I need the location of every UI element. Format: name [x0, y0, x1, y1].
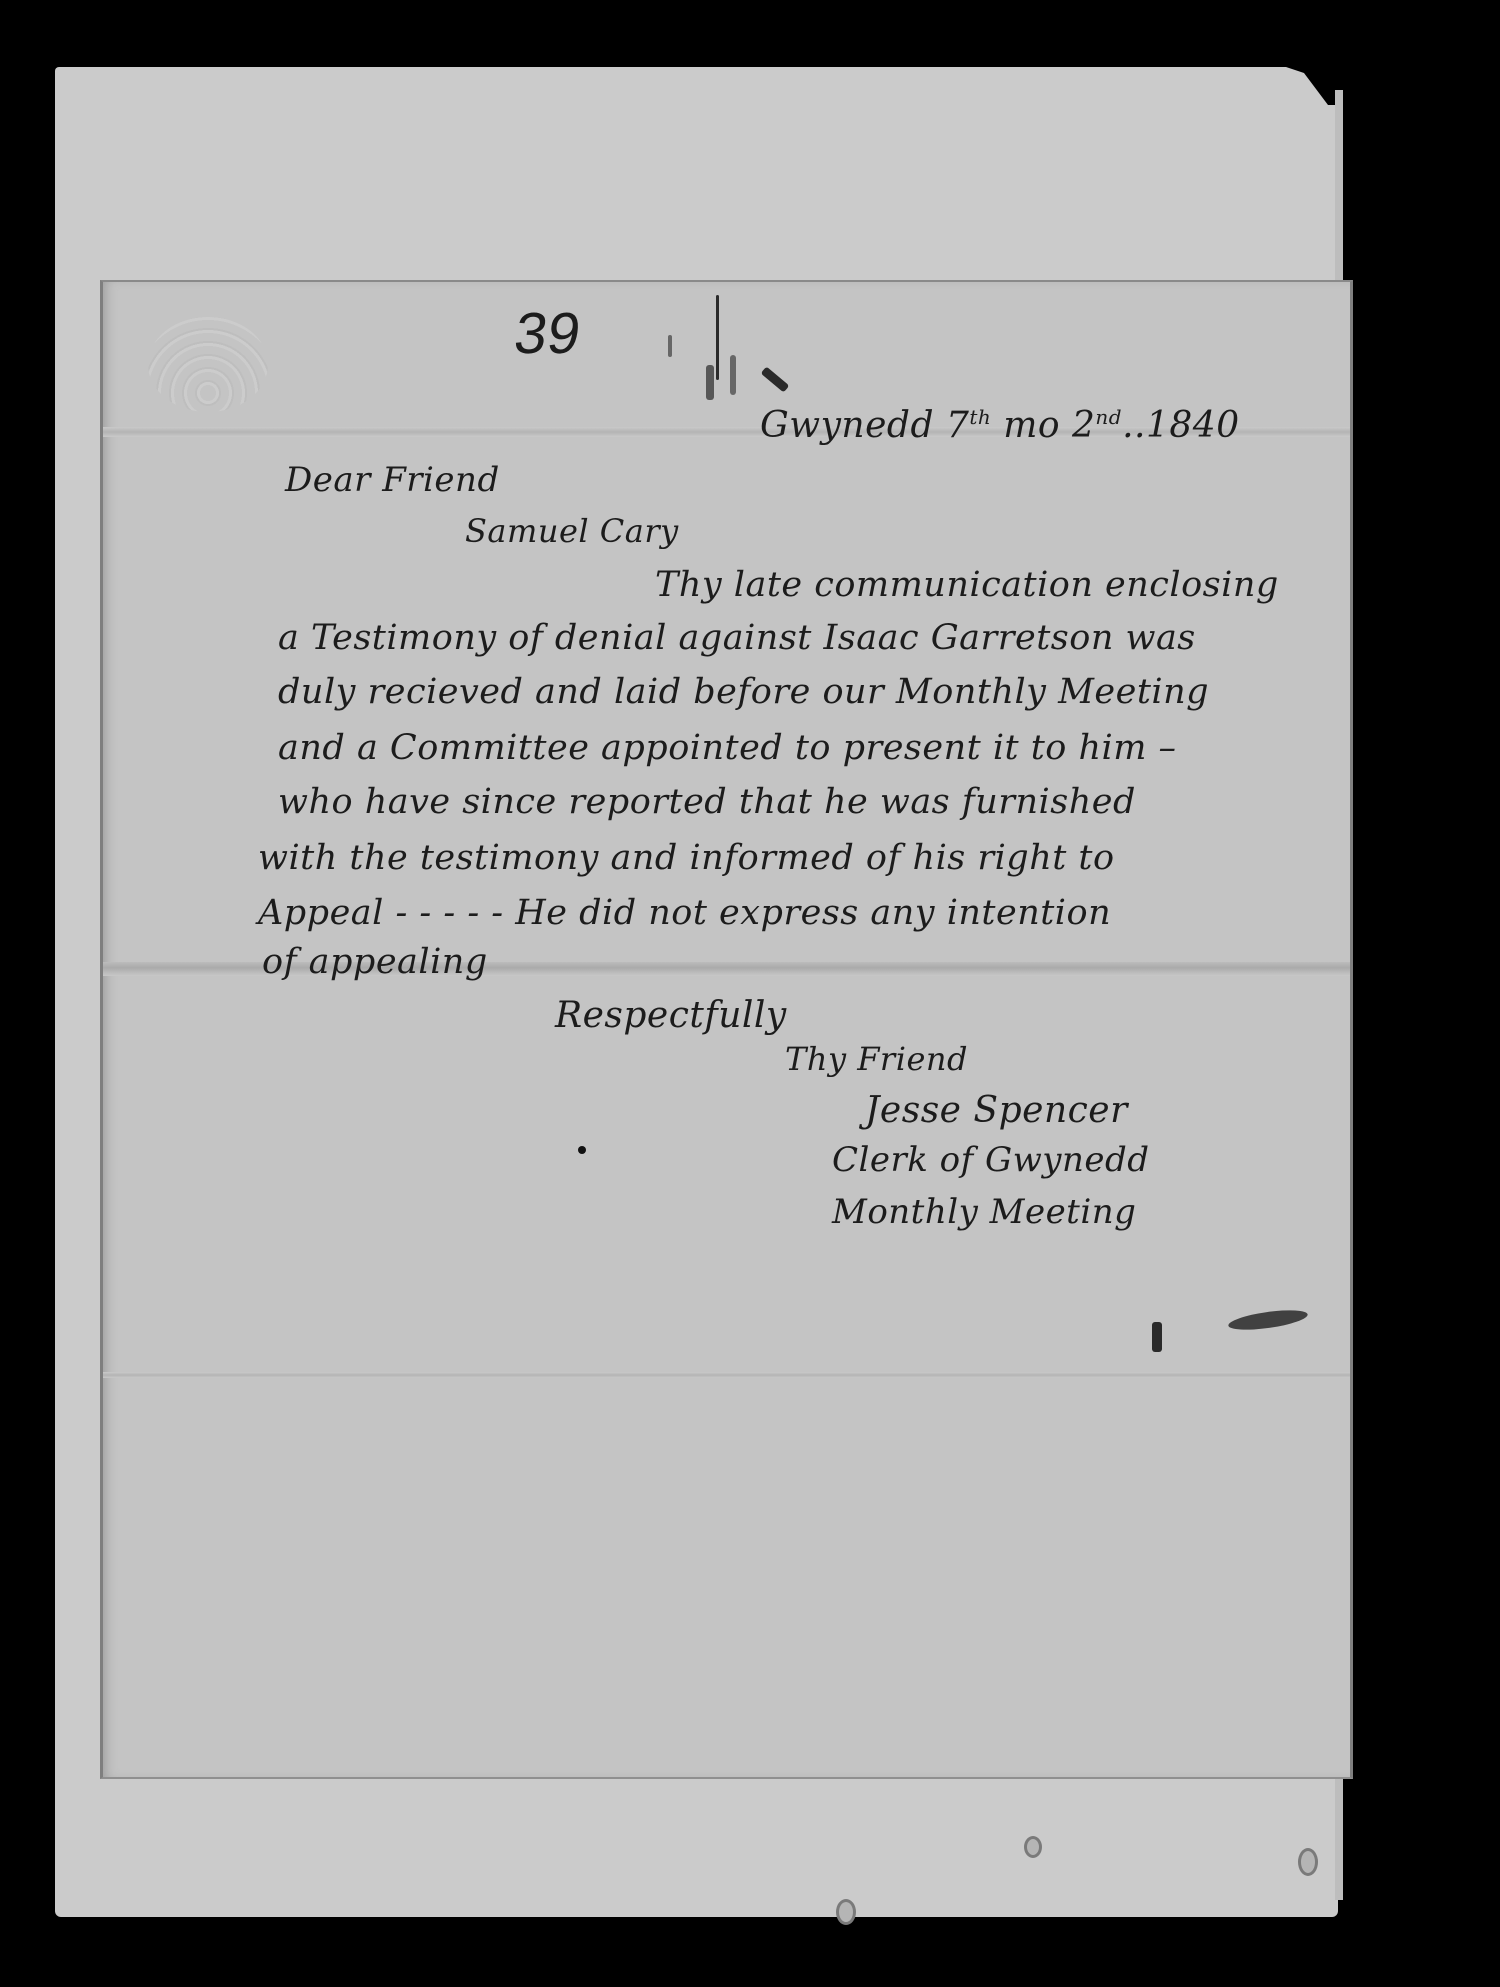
ink-smudge — [730, 355, 736, 395]
closing: Respectfully — [555, 995, 787, 1036]
ink-smudge — [668, 335, 672, 357]
date-line: Gwynedd 7th mo 2nd..1840 — [760, 405, 1240, 446]
fold-line — [103, 1372, 1350, 1378]
ink-dot — [578, 1146, 586, 1154]
signature-title: Monthly Meeting — [832, 1192, 1136, 1232]
date-day-suffix: nd — [1095, 405, 1122, 429]
date-month-abbr: mo — [1003, 405, 1060, 446]
salutation: Dear Friend — [285, 460, 500, 500]
page-number: 39 — [510, 300, 585, 367]
date-month: 7 — [946, 405, 969, 446]
paper-stain — [1024, 1836, 1042, 1858]
signature-name: Jesse Spencer — [865, 1090, 1128, 1131]
body-line: and a Committee appointed to present it … — [278, 728, 1177, 768]
body-line: duly recieved and laid before our Monthl… — [278, 672, 1209, 712]
ink-blot — [1152, 1322, 1162, 1352]
date-place: Gwynedd — [760, 405, 934, 446]
body-line: a Testimony of denial against Isaac Garr… — [278, 618, 1196, 658]
body-line: of appealing — [262, 942, 488, 982]
ink-smudge — [716, 295, 719, 380]
recipient-name: Samuel Cary — [465, 512, 679, 550]
body-line: who have since reported that he was furn… — [278, 782, 1136, 822]
embossed-seal-mark — [148, 317, 268, 412]
paper-stain — [836, 1899, 856, 1925]
signature-friend-line: Thy Friend — [785, 1040, 968, 1078]
date-month-suffix: th — [969, 405, 991, 429]
body-line: Appeal - - - - - He did not express any … — [258, 893, 1111, 933]
signature-title: Clerk of Gwynedd — [832, 1140, 1150, 1180]
date-day: 2 — [1072, 405, 1095, 446]
paper-stain — [1298, 1848, 1318, 1876]
ink-smudge — [706, 365, 714, 400]
body-line: Thy late communication enclosing — [655, 565, 1279, 605]
date-year: 1840 — [1146, 405, 1240, 446]
body-line: with the testimony and informed of his r… — [258, 838, 1115, 878]
